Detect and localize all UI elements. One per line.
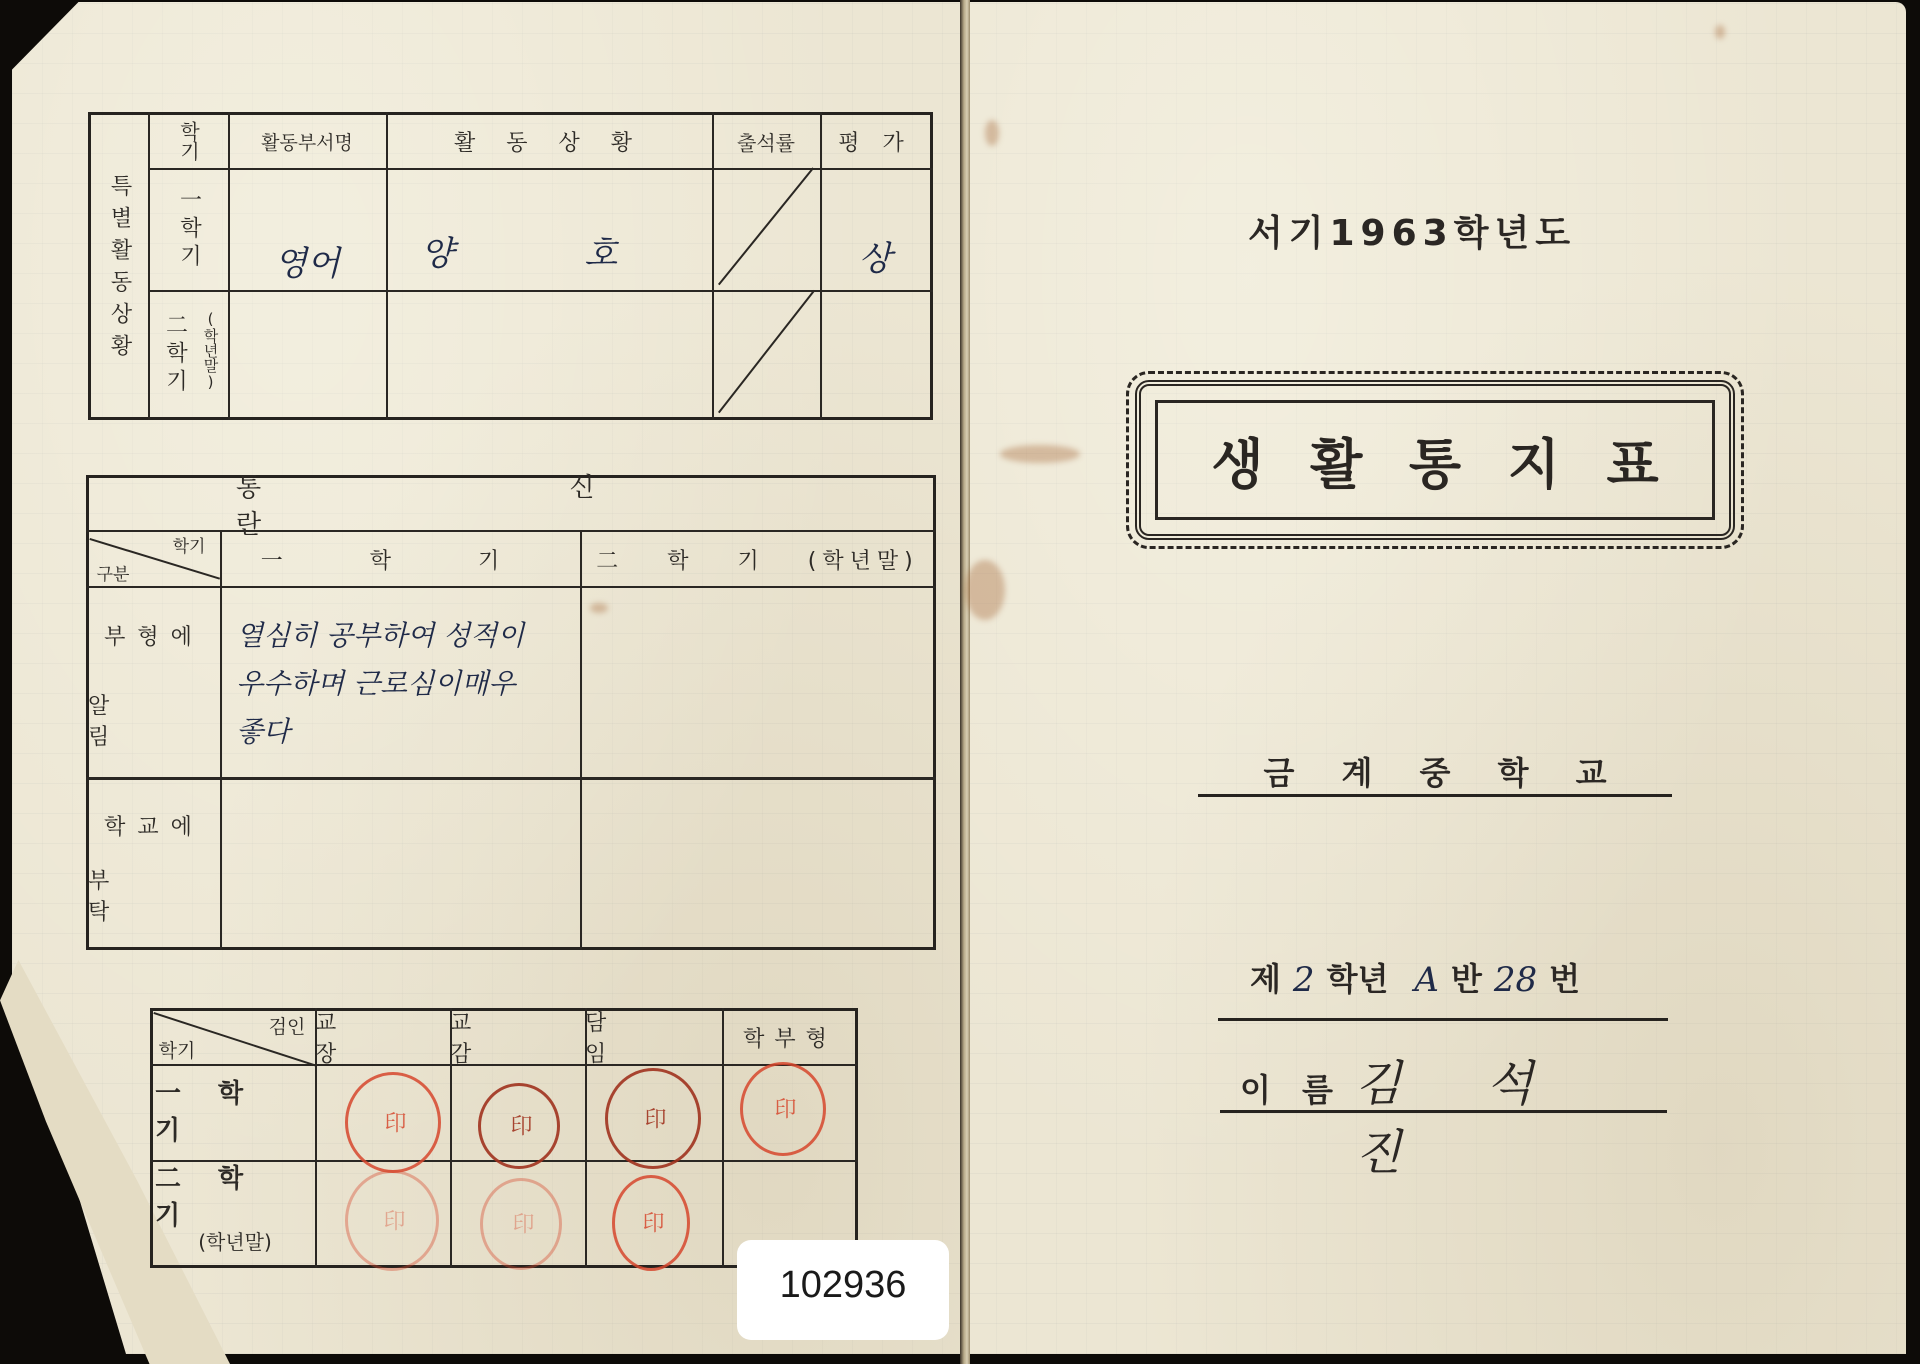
- row1-evaluation: 상: [820, 225, 930, 285]
- column-term1: 一 학 기: [220, 532, 580, 586]
- header-club-name: 활동부서명: [228, 114, 386, 168]
- number-suffix: 번: [1549, 954, 1580, 1000]
- row-term2-note: (학년말): [155, 1220, 315, 1260]
- comment-line-2: 우수하며 근로심이매우: [236, 660, 576, 704]
- title-char: 활: [1310, 422, 1362, 499]
- title-box: 생 활 통 지 표: [1135, 380, 1735, 540]
- vice-principal-seal-term2: 印: [480, 1178, 562, 1270]
- grid-line: [220, 530, 222, 950]
- column-term2: 二 학 기 (학년말): [580, 532, 935, 586]
- title-char: 지: [1508, 422, 1560, 499]
- title-char: 생: [1211, 422, 1263, 499]
- header-evaluation: 평 가: [820, 114, 930, 168]
- row2-term: 二학기: [150, 295, 200, 415]
- parent-seal-term1: 印: [740, 1062, 826, 1156]
- grade-line-underline: [1218, 1018, 1668, 1021]
- school-name: 금 계 중 학 교: [1198, 748, 1672, 793]
- grade-prefix: 제: [1250, 954, 1281, 1000]
- grade-value: 2: [1293, 960, 1315, 1000]
- class-suffix: 반: [1451, 954, 1482, 1000]
- stain: [1715, 25, 1725, 39]
- class-value: A: [1414, 960, 1439, 1000]
- comment-line-3: 좋다: [236, 708, 576, 752]
- row-label-parents: 부형에: [88, 610, 220, 660]
- principal-seal-term1: 印: [345, 1072, 441, 1173]
- principal-seal-term2: 印: [345, 1170, 439, 1271]
- grid-line: [86, 777, 936, 780]
- title-char: 통: [1409, 422, 1461, 499]
- column-parent: 학부형: [722, 1010, 858, 1064]
- vice-principal-seal-term1: 印: [478, 1083, 560, 1169]
- grade-suffix: 학년: [1327, 954, 1389, 1000]
- stain: [985, 120, 999, 146]
- book-spine: [960, 0, 970, 1364]
- homeroom-seal-term1: 印: [605, 1068, 701, 1169]
- header-term: 학기: [150, 114, 228, 168]
- corner-label-category: 구분: [88, 560, 138, 584]
- comment-line-1: 열심히 공부하여 성적이: [236, 612, 576, 656]
- column-homeroom-teacher: 담 임: [585, 1010, 722, 1064]
- column-principal: 교 장: [315, 1010, 450, 1064]
- correspondence-title: 통 신 란: [86, 478, 936, 530]
- grade-class-number-line: 제 2 학년 A 반 28 번: [1250, 950, 1580, 1000]
- name-label: 이 름: [1240, 1065, 1343, 1115]
- grid-line: [580, 530, 582, 950]
- header-activity-status: 활 동 상 황: [386, 114, 712, 168]
- homeroom-seal-term2: 印: [612, 1175, 690, 1271]
- name-underline: [1220, 1110, 1667, 1113]
- row-label-notice: 알 림: [88, 695, 220, 745]
- row1-club-name: 영어: [228, 230, 386, 290]
- grid-line: [148, 168, 933, 170]
- row-term1: 一 학 기: [155, 1080, 315, 1140]
- stain: [965, 560, 1005, 620]
- row-term2: 二 학 기: [155, 1170, 315, 1220]
- row-label-request: 부 탁: [88, 870, 220, 920]
- header-attendance: 출석률: [712, 114, 820, 168]
- student-number-value: 28: [1494, 960, 1537, 1000]
- stain: [1000, 445, 1080, 463]
- row1-activity-status: 양 호: [386, 220, 712, 280]
- section-label: 특별활동상황: [91, 150, 148, 390]
- school-name-underline: [1198, 794, 1672, 797]
- accession-number-label: 102936: [737, 1240, 949, 1340]
- row1-term: 一학기: [150, 170, 228, 290]
- student-name: 김 석 진: [1355, 1045, 1655, 1110]
- corner-label-term: 학기: [160, 532, 218, 556]
- row-label-school: 학교에: [88, 800, 220, 850]
- column-vice-principal: 교 감: [450, 1010, 585, 1064]
- title-char: 표: [1607, 422, 1659, 499]
- year-line: 서기1963학년도: [1212, 205, 1612, 255]
- title-box-inner: 생 활 통 지 표: [1155, 400, 1715, 520]
- corner-label-seal: 검인: [262, 1012, 312, 1038]
- corner-label-term: 학기: [154, 1036, 200, 1062]
- row2-term-note: (학년말): [196, 300, 226, 400]
- grid-line: [86, 586, 936, 588]
